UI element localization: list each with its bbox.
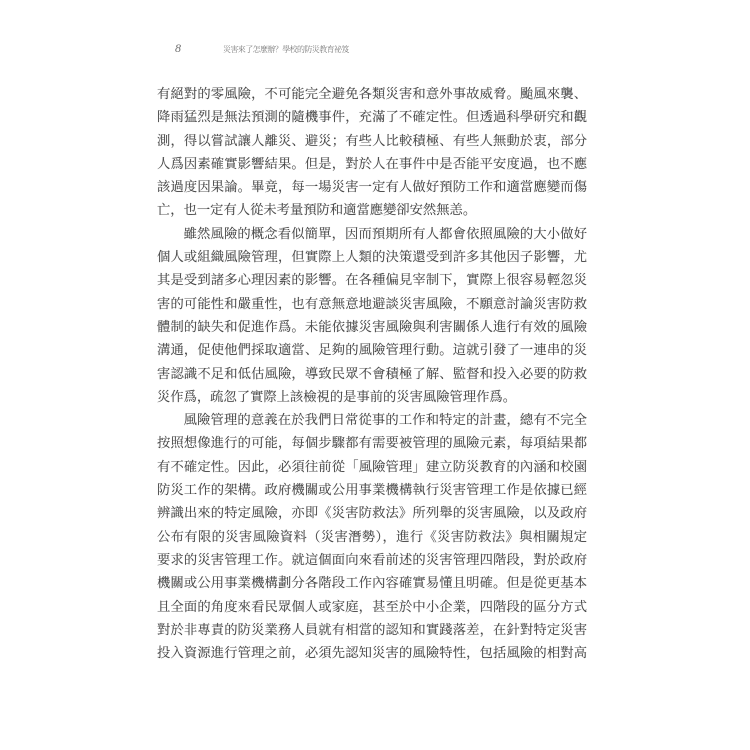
text-line: 機關或公用事業機構劃分各階段工作內容確實易懂且明確。但是從更基本: [157, 571, 587, 594]
text-line: 雖然風險的概念看似簡單，因而預期所有人都會依照風險的大小做好: [157, 222, 587, 245]
text-line: 公布有限的災害風險資料（災害潛勢），進行《災害防救法》與相關規定: [157, 525, 587, 548]
text-line: 防災工作的架構。政府機關或公用事業機構執行災害管理工作是依據已經: [157, 478, 587, 501]
text-line: 風險管理的意義在於我們日常從事的工作和特定的計畫，總有不完全: [157, 408, 587, 431]
text-line: 有絕對的零風險，不可能完全避免各類災害和意外事故威脅。颱風來襲、: [157, 82, 587, 105]
text-line: 亡，也一定有人從未考量預防和適當應變卻安然無恙。: [157, 198, 587, 221]
paragraph: 有絕對的零風險，不可能完全避免各類災害和意外事故威脅。颱風來襲、 降雨猛烈是無法…: [157, 82, 587, 222]
text-line: 要求的災害管理工作。就這個面向來看前述的災害管理四階段，對於政府: [157, 548, 587, 571]
paragraph: 雖然風險的概念看似簡單，因而預期所有人都會依照風險的大小做好 個人或組織風險管理…: [157, 222, 587, 408]
text-line: 且全面的角度來看民眾個人或家庭，甚至於中小企業，四階段的區分方式: [157, 595, 587, 618]
running-title: 災害來了怎麼辦？學校的防災教育祕笈: [223, 45, 349, 55]
text-line: 辨識出來的特定風險，亦即《災害防救法》所列舉的災害風險，以及政府: [157, 501, 587, 524]
text-line: 測，得以嘗試讓人離災、避災；有些人比較積極、有些人無動於衷，部分: [157, 129, 587, 152]
text-line: 對於非專責的防災業務人員就有相當的認知和實踐落差，在針對特定災害: [157, 618, 587, 641]
paragraph: 風險管理的意義在於我們日常從事的工作和特定的計畫，總有不完全 按照想像進行的可能…: [157, 408, 587, 664]
text-line: 投入資源進行管理之前，必須先認知災害的風險特性，包括風險的相對高: [157, 641, 587, 664]
text-line: 該過度因果論。畢竟，每一場災害一定有人做好預防工作和適當應變而傷: [157, 175, 587, 198]
page-header: 8 災害來了怎麼辦？學校的防災教育祕笈: [0, 41, 750, 57]
text-line: 害的可能性和嚴重性，也有意無意地避談災害風險，不願意討論災害防救: [157, 292, 587, 315]
text-line: 其是受到諸多心理因素的影響。在各種偏見宰制下，實際上很容易輕忽災: [157, 268, 587, 291]
text-line: 體制的缺失和促進作爲。未能依據災害風險與利害關係人進行有效的風險: [157, 315, 587, 338]
text-line: 個人或組織風險管理，但實際上人類的決策還受到許多其他因子影響，尤: [157, 245, 587, 268]
text-line: 人爲因素確實影響結果。但是，對於人在事件中是否能平安度過，也不應: [157, 152, 587, 175]
page-number: 8: [175, 41, 181, 55]
book-page: 8 災害來了怎麼辦？學校的防災教育祕笈 有絕對的零風險，不可能完全避免各類災害和…: [0, 0, 750, 750]
text-line: 有不確定性。因此，必須往前從「風險管理」建立防災教育的內涵和校園: [157, 455, 587, 478]
text-line: 災作爲，疏忽了實際上該檢視的是事前的災害風險管理作爲。: [157, 385, 587, 408]
text-line: 害認識不足和低估風險，導致民眾不會積極了解、監督和投入必要的防救: [157, 362, 587, 385]
text-line: 按照想像進行的可能，每個步驟都有需要被管理的風險元素，每項結果都: [157, 431, 587, 454]
body-text: 有絕對的零風險，不可能完全避免各類災害和意外事故威脅。颱風來襲、 降雨猛烈是無法…: [157, 82, 587, 664]
text-line: 降雨猛烈是無法預測的隨機事件，充滿了不確定性。但透過科學研究和觀: [157, 105, 587, 128]
text-line: 溝通，促使他們採取適當、足夠的風險管理行動。這就引發了一連串的災: [157, 338, 587, 361]
